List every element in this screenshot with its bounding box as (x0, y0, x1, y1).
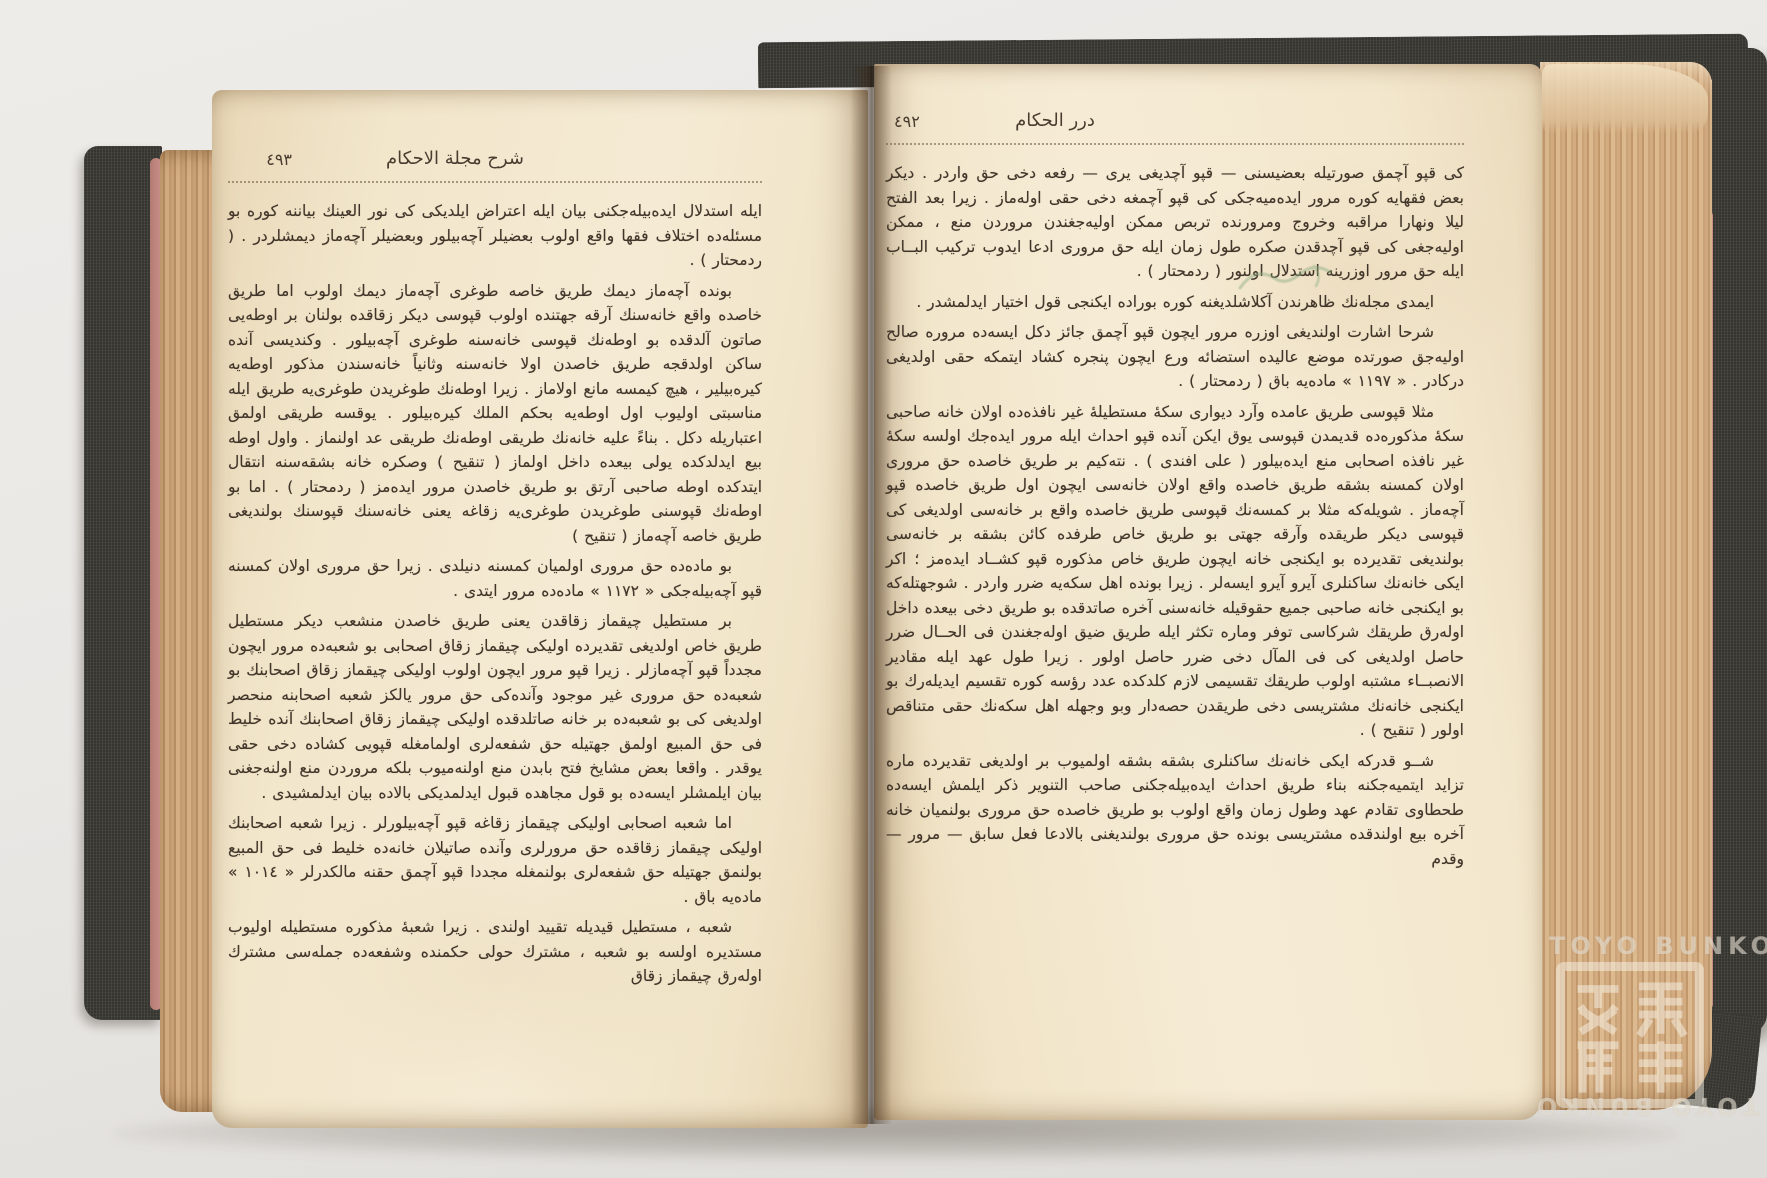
body-paragraph: بونده آچه‌ماز ديمك طريق خاصه طوغرى آچه‌م… (228, 279, 762, 549)
book-cover-right-edge (1712, 48, 1767, 1034)
library-watermark-text: TOYO BUNKO (1549, 932, 1759, 960)
left-page-text-block: شرح مجلة الاحكام ٤٩٣ ايله استدلال ايده‌ب… (228, 148, 762, 995)
library-watermark-text-inverted: TOYO BUNKO (1549, 1092, 1759, 1120)
body-paragraph: كى قپو آچمق صورتيله بعضيسنى — قپو آچديغى… (886, 161, 1464, 284)
body-paragraph: اما شعبه اصحابى اوليكى چيقماز زقاغه قپو … (228, 811, 762, 909)
left-page-header: شرح مجلة الاحكام ٤٩٣ (228, 148, 762, 174)
body-paragraph: شرحا اشارت اولنديغى اوزره مرور ايچون قپو… (886, 320, 1464, 394)
body-paragraph: شــو قدركه ايكى خانه‌نك ساكنلرى بشقه بشق… (886, 749, 1464, 872)
right-page-text-block: درر الحكام ٤٩٢ كى قپو آچمق صورتيله بعضيس… (886, 110, 1464, 877)
body-paragraph: ايله استدلال ايده‌بيله‌جكنى بيان ايله اع… (228, 199, 762, 273)
left-page-number: ٤٩٣ (266, 150, 292, 169)
right-running-title: درر الحكام (766, 110, 1344, 131)
body-paragraph: بر مستطيل چيقماز زقاقدن يعنى طريق خاصدن … (228, 609, 762, 805)
body-paragraph: ايمدى مجله‌نك ظاهرندن آكلاشلديغنه كوره ب… (886, 290, 1464, 315)
right-page-number: ٤٩٢ (894, 112, 920, 131)
left-page-paragraphs: ايله استدلال ايده‌بيله‌جكنى بيان ايله اع… (228, 199, 762, 989)
pencil-annotation (1230, 248, 1360, 318)
fore-edge-top-right (1542, 64, 1708, 134)
body-paragraph: مثلا قپوسى طريق عامده وآرد ديوارى سكهٔ م… (886, 400, 1464, 743)
toyo-bunko-seal-icon (1556, 962, 1704, 1108)
header-rule (886, 143, 1464, 145)
body-paragraph: بو ماده‌ده حق مرورى اولميان كمسنه دنيلدى… (228, 554, 762, 603)
right-page-paragraphs: كى قپو آچمق صورتيله بعضيسنى — قپو آچديغى… (886, 161, 1464, 871)
header-rule (228, 181, 762, 183)
photo-background: { "photo": { "colors": { "background": "… (0, 0, 1767, 1178)
right-page-header: درر الحكام ٤٩٢ (886, 110, 1464, 136)
body-paragraph: شعبه ، مستطيل قيديله تقييد اولندى . زيرا… (228, 915, 762, 989)
